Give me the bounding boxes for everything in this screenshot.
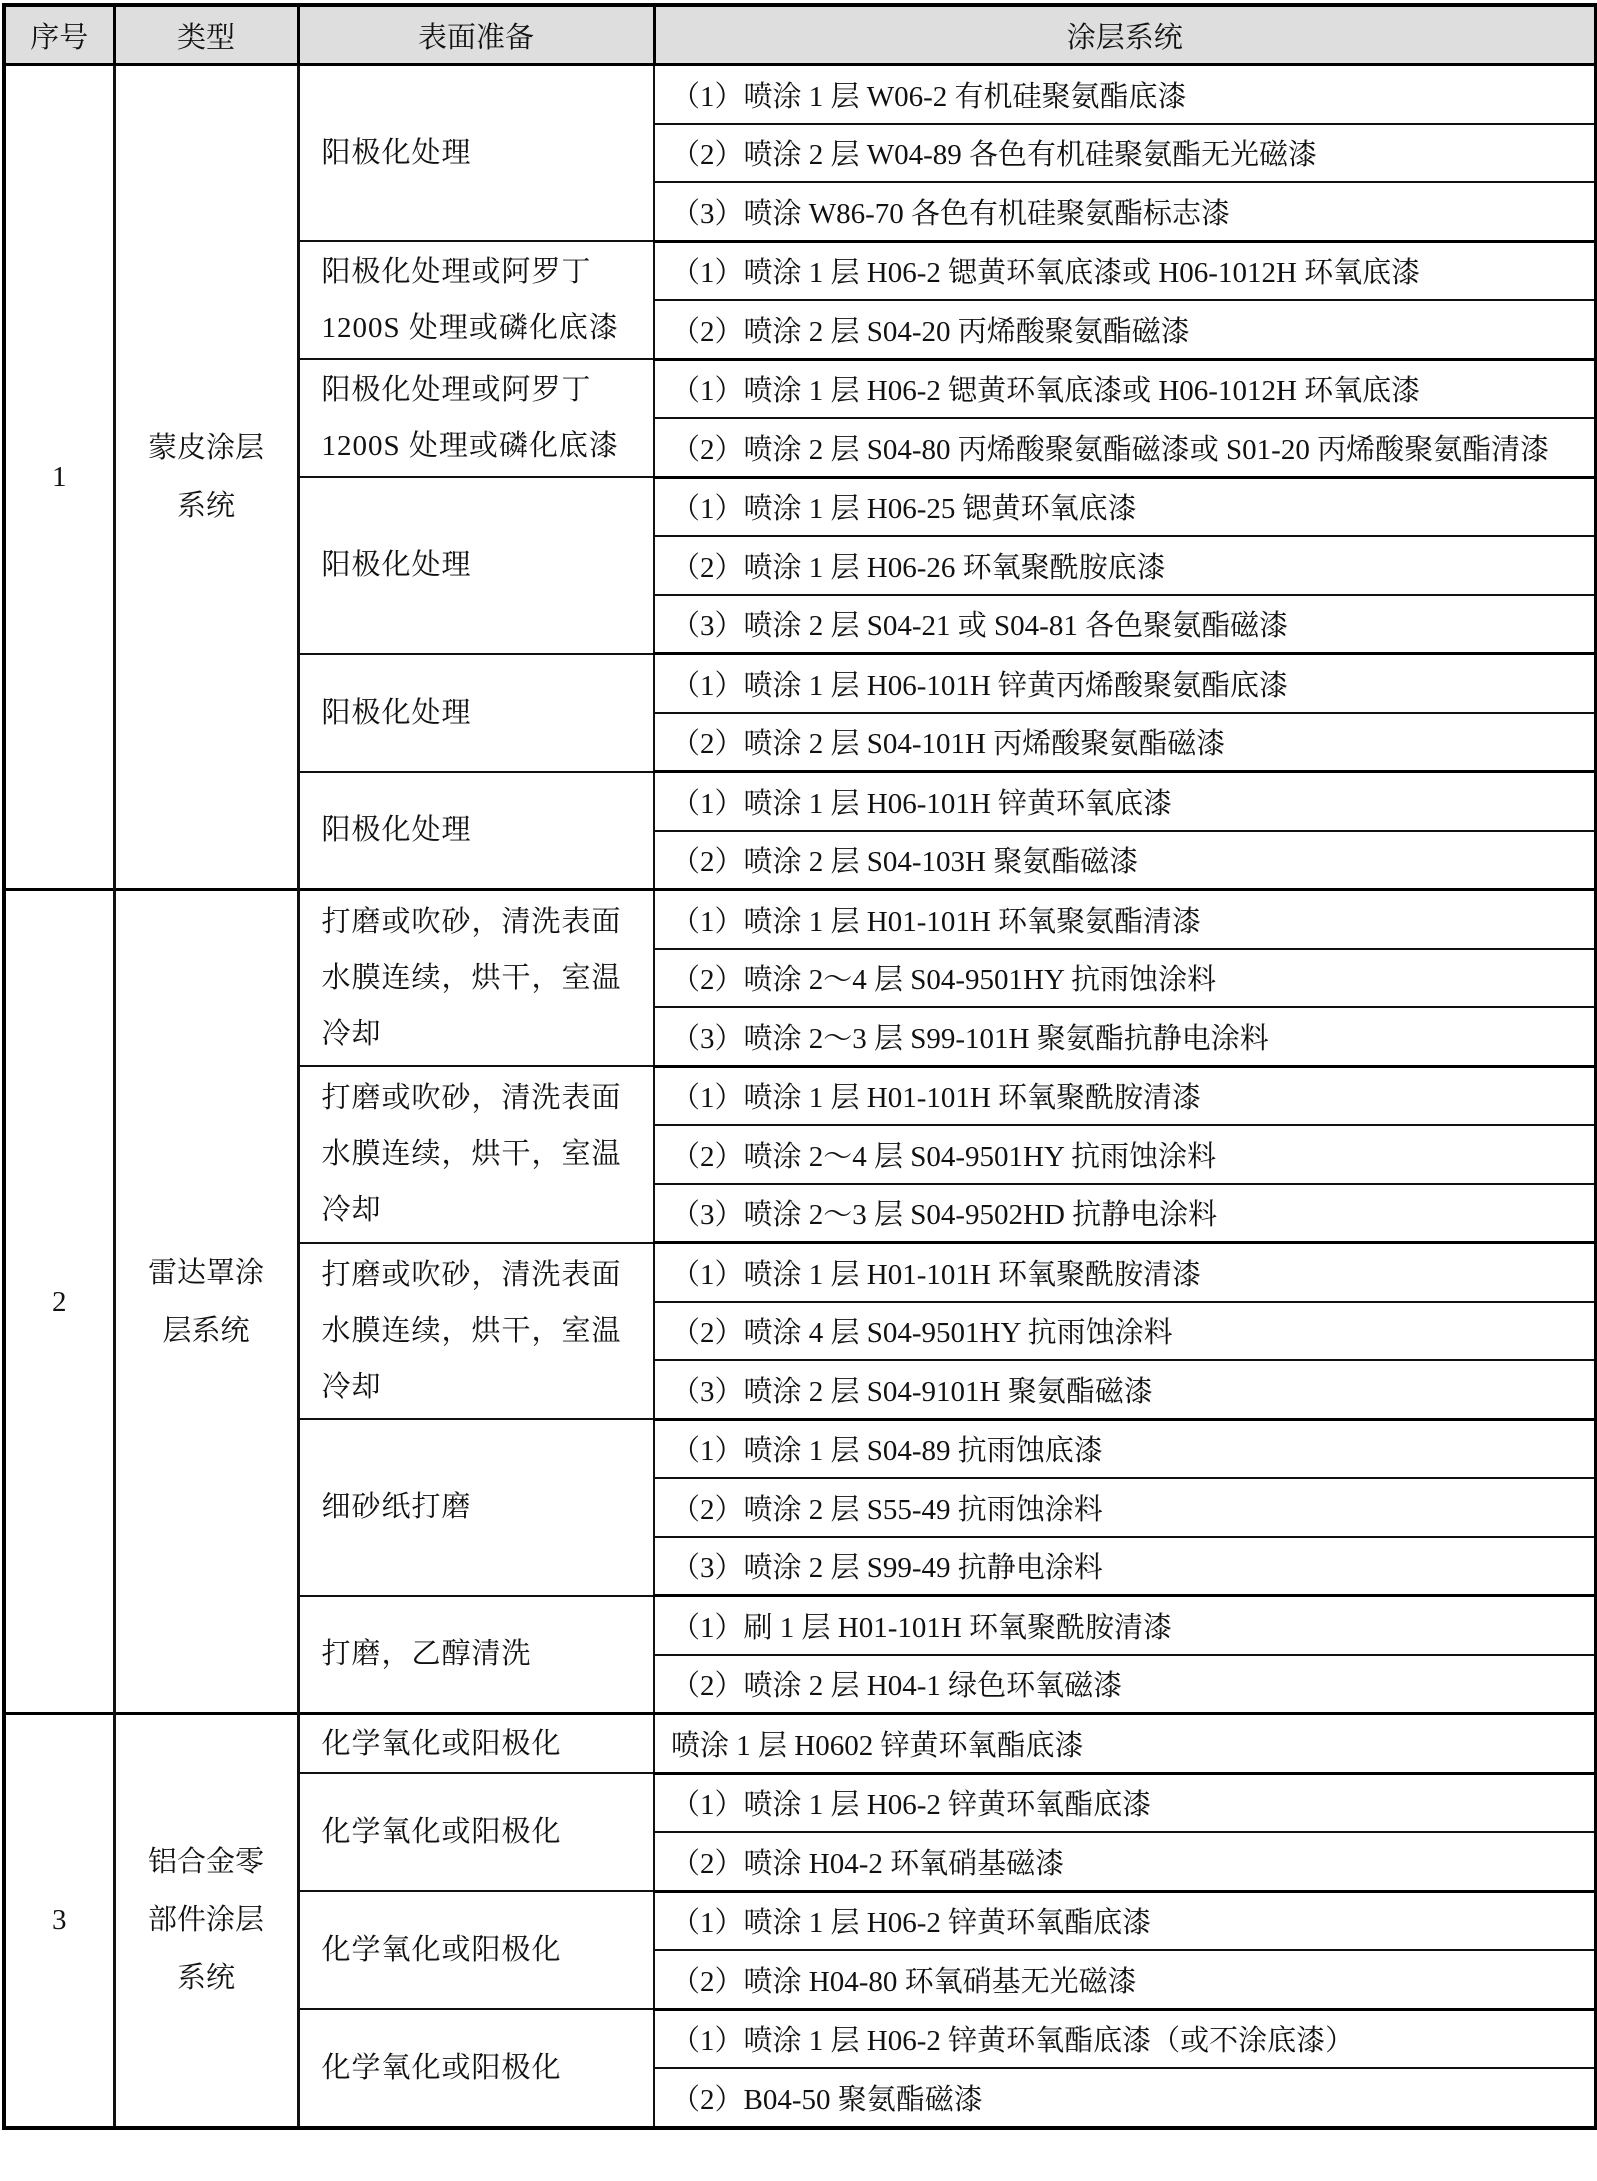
surface-prep-cell: 化学氧化或阳极化 (298, 1714, 654, 1774)
coating-step-cell: （1）喷涂 1 层 H06-2 锶黄环氧底漆或 H06-1012H 环氧底漆 (654, 359, 1596, 418)
coating-step-cell: （2）喷涂 2 层 W04-89 各色有机硅聚氨酯无光磁漆 (654, 124, 1596, 183)
coating-step-cell: （1）喷涂 1 层 H06-2 锌黄环氧酯底漆 (654, 1773, 1596, 1832)
surface-prep-cell: 打磨或吹砂，清洗表面水膜连续，烘干，室温冷却 (298, 890, 654, 1067)
coating-step-cell: （3）喷涂 2 层 S99-49 抗静电涂料 (654, 1537, 1596, 1596)
header-surface-prep: 表面准备 (298, 5, 654, 65)
header-row: 序号 类型 表面准备 涂层系统 (4, 5, 1596, 65)
coating-step-cell: （1）喷涂 1 层 H06-101H 锌黄丙烯酸聚氨酯底漆 (654, 654, 1596, 713)
type-line: 蒙皮涂层 (116, 419, 297, 477)
coating-step-cell: （1）喷涂 1 层 H06-101H 锌黄环氧底漆 (654, 772, 1596, 831)
table-row: 1蒙皮涂层系统阳极化处理（1）喷涂 1 层 W06-2 有机硅聚氨酯底漆 (4, 65, 1596, 124)
type-line: 雷达罩涂 (116, 1244, 297, 1302)
coating-step-cell: （2）喷涂 2 层 H04-1 绿色环氧磁漆 (654, 1655, 1596, 1714)
type-line: 部件涂层 (116, 1891, 297, 1949)
type-cell: 铝合金零部件涂层系统 (114, 1714, 298, 2128)
surface-prep-cell: 打磨或吹砂，清洗表面水膜连续，烘干，室温冷却 (298, 1243, 654, 1420)
coating-system-table: 序号 类型 表面准备 涂层系统 1蒙皮涂层系统阳极化处理（1）喷涂 1 层 W0… (2, 3, 1597, 2130)
type-line: 层系统 (116, 1302, 297, 1360)
surface-prep-cell: 阳极化处理或阿罗丁1200S 处理或磷化底漆 (298, 241, 654, 359)
type-cell: 雷达罩涂层系统 (114, 890, 298, 1714)
coating-step-cell: （2）B04-50 聚氨酯磁漆 (654, 2068, 1596, 2128)
coating-step-cell: （1）喷涂 1 层 S04-89 抗雨蚀底漆 (654, 1419, 1596, 1478)
surface-prep-cell: 阳极化处理 (298, 477, 654, 654)
table-row: 2雷达罩涂层系统打磨或吹砂，清洗表面水膜连续，烘干，室温冷却（1）喷涂 1 层 … (4, 890, 1596, 949)
coating-step-cell: （3）喷涂 2 层 S04-9101H 聚氨酯磁漆 (654, 1360, 1596, 1419)
coating-step-cell: （2）喷涂 2～4 层 S04-9501HY 抗雨蚀涂料 (654, 1125, 1596, 1184)
coating-step-cell: （2）喷涂 2 层 S55-49 抗雨蚀涂料 (654, 1478, 1596, 1537)
coating-step-cell: （2）喷涂 2 层 S04-101H 丙烯酸聚氨酯磁漆 (654, 713, 1596, 772)
coating-step-cell: （1）喷涂 1 层 H01-101H 环氧聚氨酯清漆 (654, 890, 1596, 949)
coating-step-cell: （1）喷涂 1 层 H01-101H 环氧聚酰胺清漆 (654, 1066, 1596, 1125)
type-line: 铝合金零 (116, 1833, 297, 1891)
coating-step-cell: （1）刷 1 层 H01-101H 环氧聚酰胺清漆 (654, 1596, 1596, 1655)
coating-step-cell: （2）喷涂 2 层 S04-20 丙烯酸聚氨酯磁漆 (654, 300, 1596, 359)
coating-step-cell: （2）喷涂 H04-80 环氧硝基无光磁漆 (654, 1950, 1596, 2009)
coating-step-cell: （3）喷涂 W86-70 各色有机硅聚氨酯标志漆 (654, 182, 1596, 241)
table-row: 3铝合金零部件涂层系统化学氧化或阳极化喷涂 1 层 H0602 锌黄环氧酯底漆 (4, 1714, 1596, 1774)
coating-step-cell: （1）喷涂 1 层 H06-2 锌黄环氧酯底漆（或不涂底漆） (654, 2009, 1596, 2068)
header-type: 类型 (114, 5, 298, 65)
coating-step-cell: （1）喷涂 1 层 H06-2 锶黄环氧底漆或 H06-1012H 环氧底漆 (654, 241, 1596, 300)
surface-prep-cell: 阳极化处理或阿罗丁1200S 处理或磷化底漆 (298, 359, 654, 477)
surface-prep-cell: 化学氧化或阳极化 (298, 2009, 654, 2128)
surface-prep-cell: 阳极化处理 (298, 772, 654, 890)
coating-step-cell: （2）喷涂 2 层 S04-80 丙烯酸聚氨酯磁漆或 S01-20 丙烯酸聚氨酯… (654, 418, 1596, 477)
surface-prep-cell: 打磨，乙醇清洗 (298, 1596, 654, 1714)
surface-prep-cell: 化学氧化或阳极化 (298, 1891, 654, 2009)
table-body: 1蒙皮涂层系统阳极化处理（1）喷涂 1 层 W06-2 有机硅聚氨酯底漆（2）喷… (4, 65, 1596, 2128)
surface-prep-cell: 阳极化处理 (298, 654, 654, 772)
coating-step-cell: （1）喷涂 1 层 H06-25 锶黄环氧底漆 (654, 477, 1596, 536)
header-serial-no: 序号 (4, 5, 114, 65)
surface-prep-cell: 细砂纸打磨 (298, 1419, 654, 1596)
type-line: 系统 (116, 477, 297, 535)
coating-step-cell: （2）喷涂 1 层 H06-26 环氧聚酰胺底漆 (654, 536, 1596, 595)
serial-no-cell: 3 (4, 1714, 114, 2128)
surface-prep-cell: 化学氧化或阳极化 (298, 1773, 654, 1891)
type-line: 系统 (116, 1949, 297, 2007)
type-cell: 蒙皮涂层系统 (114, 65, 298, 890)
header-coating-system: 涂层系统 (654, 5, 1596, 65)
coating-step-cell: 喷涂 1 层 H0602 锌黄环氧酯底漆 (654, 1714, 1596, 1774)
coating-system-table-container: 序号 类型 表面准备 涂层系统 1蒙皮涂层系统阳极化处理（1）喷涂 1 层 W0… (2, 3, 1594, 2130)
coating-step-cell: （1）喷涂 1 层 H01-101H 环氧聚酰胺清漆 (654, 1243, 1596, 1302)
coating-step-cell: （2）喷涂 H04-2 环氧硝基磁漆 (654, 1832, 1596, 1891)
coating-step-cell: （2）喷涂 2 层 S04-103H 聚氨酯磁漆 (654, 831, 1596, 890)
coating-step-cell: （1）喷涂 1 层 H06-2 锌黄环氧酯底漆 (654, 1891, 1596, 1950)
serial-no-cell: 1 (4, 65, 114, 890)
coating-step-cell: （2）喷涂 2～4 层 S04-9501HY 抗雨蚀涂料 (654, 949, 1596, 1008)
coating-step-cell: （3）喷涂 2～3 层 S99-101H 聚氨酯抗静电涂料 (654, 1007, 1596, 1066)
serial-no-cell: 2 (4, 890, 114, 1714)
coating-step-cell: （3）喷涂 2 层 S04-21 或 S04-81 各色聚氨酯磁漆 (654, 595, 1596, 654)
surface-prep-cell: 阳极化处理 (298, 65, 654, 242)
surface-prep-cell: 打磨或吹砂，清洗表面水膜连续，烘干，室温冷却 (298, 1066, 654, 1243)
coating-step-cell: （2）喷涂 4 层 S04-9501HY 抗雨蚀涂料 (654, 1302, 1596, 1361)
coating-step-cell: （3）喷涂 2～3 层 S04-9502HD 抗静电涂料 (654, 1184, 1596, 1243)
coating-step-cell: （1）喷涂 1 层 W06-2 有机硅聚氨酯底漆 (654, 65, 1596, 124)
